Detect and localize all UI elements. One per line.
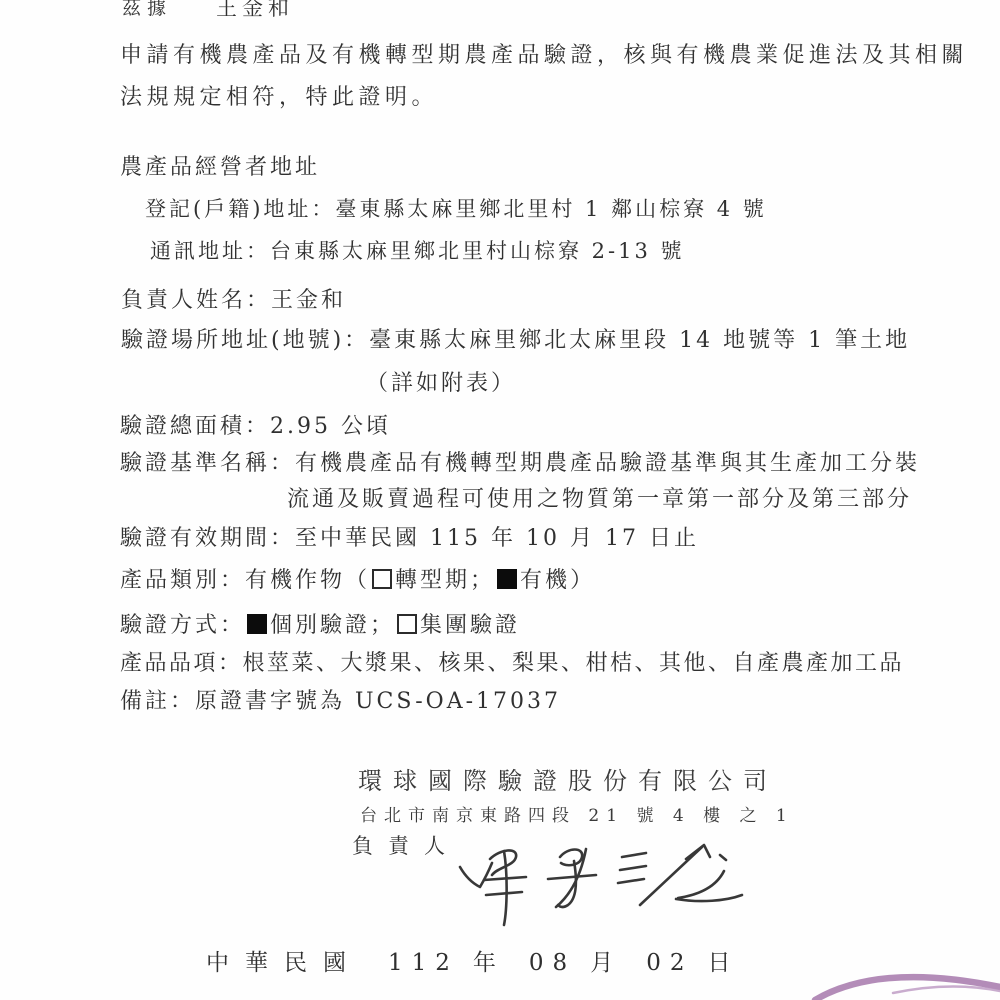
issue-date-day: 02 (646, 950, 693, 976)
total-area: 驗證總面積：2.95 公頃 (120, 409, 391, 440)
salutation-label: 茲據 (122, 0, 172, 20)
issue-date-month: 08 (529, 950, 576, 976)
standard-name-line-1: 驗證基準名稱：有機農產品有機轉型期農產品驗證基準與其生產加工分裝 (120, 446, 920, 477)
certificate-document: 茲據 王金和 申請有機農產品及有機轉型期農產品驗證，核與有機農業促進法及其相關 … (0, 0, 1000, 1000)
checkbox-organic (497, 569, 517, 589)
checkbox-group-certification (397, 614, 417, 634)
checkbox-individual-certification (247, 614, 267, 634)
certification-method-label: 驗證方式： (120, 613, 245, 638)
registered-address: 登記(戶籍)地址：臺東縣太麻里鄉北里村 1 鄰山棕寮 4 號 (145, 193, 767, 223)
product-category-label: 產品類別：有機作物（ (120, 568, 370, 593)
issue-date-day-unit: 日 (707, 944, 733, 977)
issue-date-line: 中華民國 112 年 08 月 02 日 (206, 944, 733, 977)
site-address: 驗證場所地址(地號)：臺東縣太麻里鄉北太麻里段 14 地號等 1 筆土地 (121, 323, 910, 354)
issue-date-year: 112 (388, 950, 459, 976)
product-items: 產品品項：根莖菜、大漿果、核果、梨果、柑桔、其他、自產農產加工品 (120, 646, 904, 677)
certification-method-line: 驗證方式：個別驗證；集團驗證 (120, 608, 520, 639)
applicant-name: 王金和 (216, 0, 294, 22)
option-individual-certification-label: 個別驗證 (270, 613, 370, 638)
remark: 備註：原證書字號為 UCS-OA-17037 (120, 684, 561, 715)
statement-line-2: 法規規定相符，特此證明。 (120, 80, 438, 111)
product-category-line: 產品類別：有機作物（轉型期；有機） (120, 563, 595, 594)
product-category-separator: ； (470, 568, 495, 593)
mailing-address: 通訊地址：台東縣太麻里鄉北里村山棕寮 2-13 號 (150, 235, 685, 265)
issuer-company-address: 台北市南京東路四段 21 號 4 樓 之 1 (360, 801, 794, 826)
operator-address-heading: 農產品經營者地址 (120, 150, 320, 181)
statement-line-1: 申請有機農產品及有機轉型期農產品驗證，核與有機農業促進法及其相關 (120, 38, 968, 69)
issue-date-month-unit: 月 (590, 944, 616, 977)
option-transition-period-label: 轉型期 (395, 568, 470, 593)
signature-graphic (440, 825, 800, 940)
valid-period: 驗證有效期間：至中華民國 115 年 10 月 17 日止 (120, 521, 699, 552)
standard-name-line-2: 流通及販賣過程可使用之物質第一章第一部分及第三部分 (287, 482, 912, 513)
stamp-arc-graphic (785, 932, 1000, 1000)
option-organic-label: 有機 (520, 568, 570, 593)
site-address-note: （詳如附表） (366, 366, 516, 397)
certification-method-separator: ； (370, 613, 395, 638)
issue-date-era: 中華民國 (206, 944, 362, 977)
issuer-company-name: 環球國際驗證股份有限公司 (358, 761, 778, 796)
option-group-certification-label: 集團驗證 (420, 613, 520, 638)
checkbox-transition-period (372, 569, 392, 589)
issue-date-year-unit: 年 (473, 944, 499, 977)
product-category-closing: ） (570, 568, 595, 593)
principal-name: 負責人姓名：王金和 (121, 283, 346, 314)
